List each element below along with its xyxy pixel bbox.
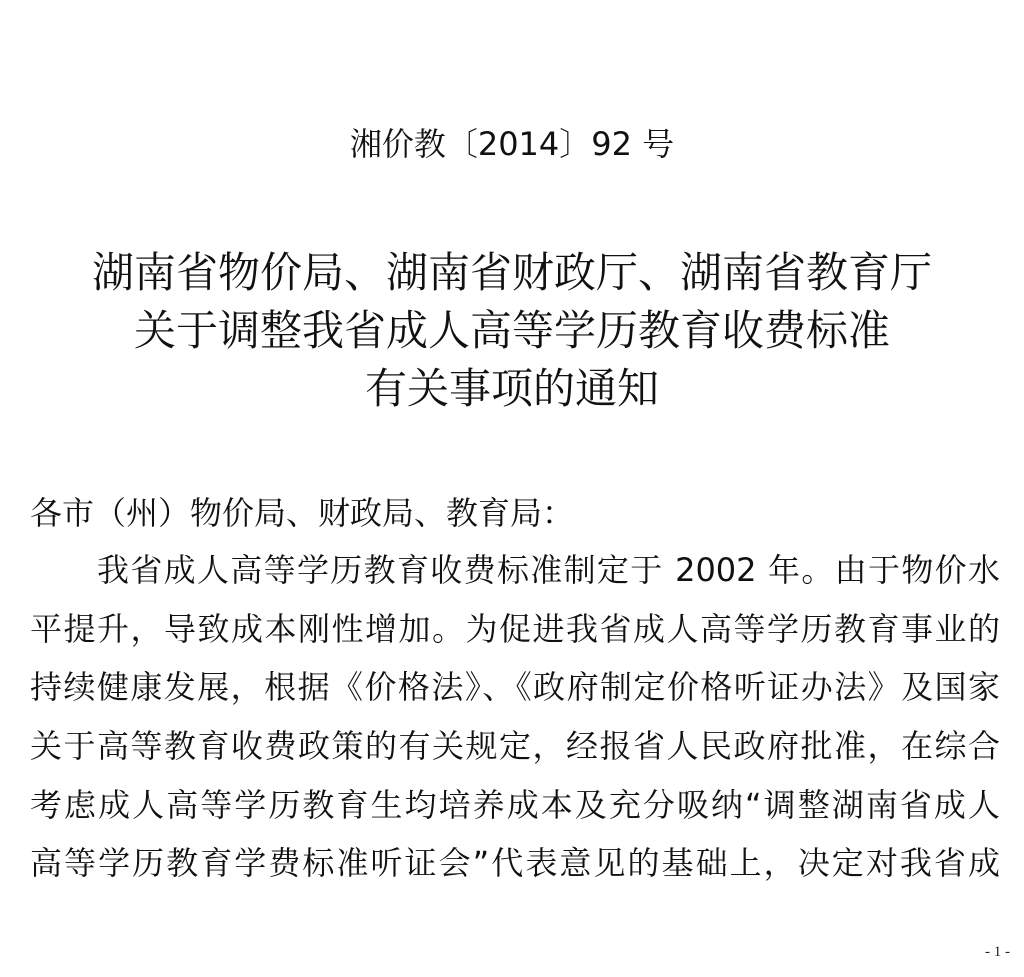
document-title: 湖南省物价局、湖南省财政厅、湖南省教育厅 关于调整我省成人高等学历教育收费标准 … — [0, 244, 1024, 418]
body-line-2: 平提升，导致成本刚性增加。为促进我省成人高等学历教育事业的 — [30, 605, 1000, 664]
body-line-6: 高等学历教育学费标准听证会”代表意见的基础上，决定对我省成 — [30, 839, 1000, 898]
salutation: 各市（州）物价局、财政局、教育局： — [30, 490, 574, 536]
body-paragraph: 我省成人高等学历教育收费标准制定于 2002 年。由于物价水 平提升，导致成本刚… — [30, 546, 1000, 898]
body-line-3: 持续健康发展，根据《价格法》、《政府制定价格听证办法》及国家 — [30, 663, 1000, 722]
title-line-3: 有关事项的通知 — [0, 360, 1024, 418]
body-line-5: 考虑成人高等学历教育生均培养成本及充分吸纳“调整湖南省成人 — [30, 781, 1000, 840]
title-line-1: 湖南省物价局、湖南省财政厅、湖南省教育厅 — [0, 244, 1024, 302]
page-number: - 1 - — [985, 942, 1010, 962]
body-line-4: 关于高等教育收费政策的有关规定，经报省人民政府批准，在综合 — [30, 722, 1000, 781]
body-line-1: 我省成人高等学历教育收费标准制定于 2002 年。由于物价水 — [30, 546, 1000, 605]
title-line-2: 关于调整我省成人高等学历教育收费标准 — [0, 302, 1024, 360]
document-number: 湘价教〔2014〕92 号 — [0, 122, 1024, 166]
